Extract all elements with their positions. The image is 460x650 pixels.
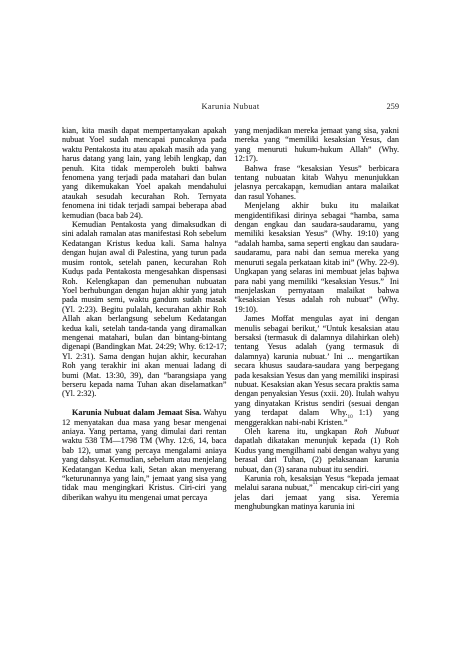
- text-column-right: yang menjadikan mereka jemaat yang sisa,…: [235, 126, 400, 512]
- paragraph: Menjelang akhir buku itu malaikat mengid…: [235, 201, 400, 314]
- footnote-reference: 8: [296, 189, 299, 195]
- paragraph: Kemudian Pentakosta yang dimaksudkan di …: [62, 220, 227, 399]
- text-segment: Karunia Nubuat dalam Jemaat Sisa.: [72, 408, 201, 417]
- running-header: Karunia Nubuat 259: [62, 101, 399, 112]
- paragraph: James Moffat mengulas ayat ini dengan me…: [235, 314, 400, 427]
- paragraph: kian, kita masih dapat mempertanyakan ap…: [62, 126, 227, 220]
- text-segment: kian, kita masih dapat mempertanyakan ap…: [62, 126, 227, 220]
- text-segment: dapatlah dikatakan menunjuk kepada (1) R…: [235, 436, 400, 473]
- paragraph: Oleh karena itu, ungkapan Roh Nubuat dap…: [235, 427, 400, 474]
- paragraph: yang menjadikan mereka jemaat yang sisa,…: [235, 126, 400, 164]
- text-segment: Wahyu 12 menyatakan dua masa yang besar …: [62, 408, 227, 502]
- book-page: Karunia Nubuat 259 kian, kita masih dapa…: [62, 101, 399, 512]
- text-segment: Bahwa frase “kesaksian Yesus” berbicara …: [235, 164, 400, 201]
- text-segment: James Moffat mengulas ayat ini dengan me…: [235, 314, 400, 426]
- paragraph: Karunia Nubuat dalam Jemaat Sisa. Wahyu …: [62, 408, 227, 502]
- footnote-reference: 9: [384, 273, 387, 279]
- text-column-left: kian, kita masih dapat mempertanyakan ap…: [62, 126, 227, 512]
- text-segment: Roh Nubuat: [354, 427, 399, 436]
- text-segment: Oleh karena itu, ungkapan: [245, 427, 355, 436]
- footnote-reference: 10: [348, 414, 353, 420]
- footnote-reference: 11: [313, 480, 318, 486]
- paragraph: Bahwa frase “kesaksian Yesus” berbicara …: [235, 164, 400, 202]
- text-segment: yang menjadikan mereka jemaat yang sisa,…: [235, 126, 400, 163]
- page-number: 259: [386, 101, 399, 112]
- text-segment: Kelengkapan dan pemenuhan nubuatan Yoel …: [62, 277, 227, 399]
- footnote-reference: 7: [78, 273, 81, 279]
- text-segment: Menjelang akhir buku itu malaikat mengid…: [235, 201, 400, 285]
- text-columns: kian, kita masih dapat mempertanyakan ap…: [62, 126, 399, 512]
- page-title: Karunia Nubuat: [62, 101, 399, 112]
- paragraph: Karunia roh, kesaksian Yesus “kepada jem…: [235, 474, 400, 512]
